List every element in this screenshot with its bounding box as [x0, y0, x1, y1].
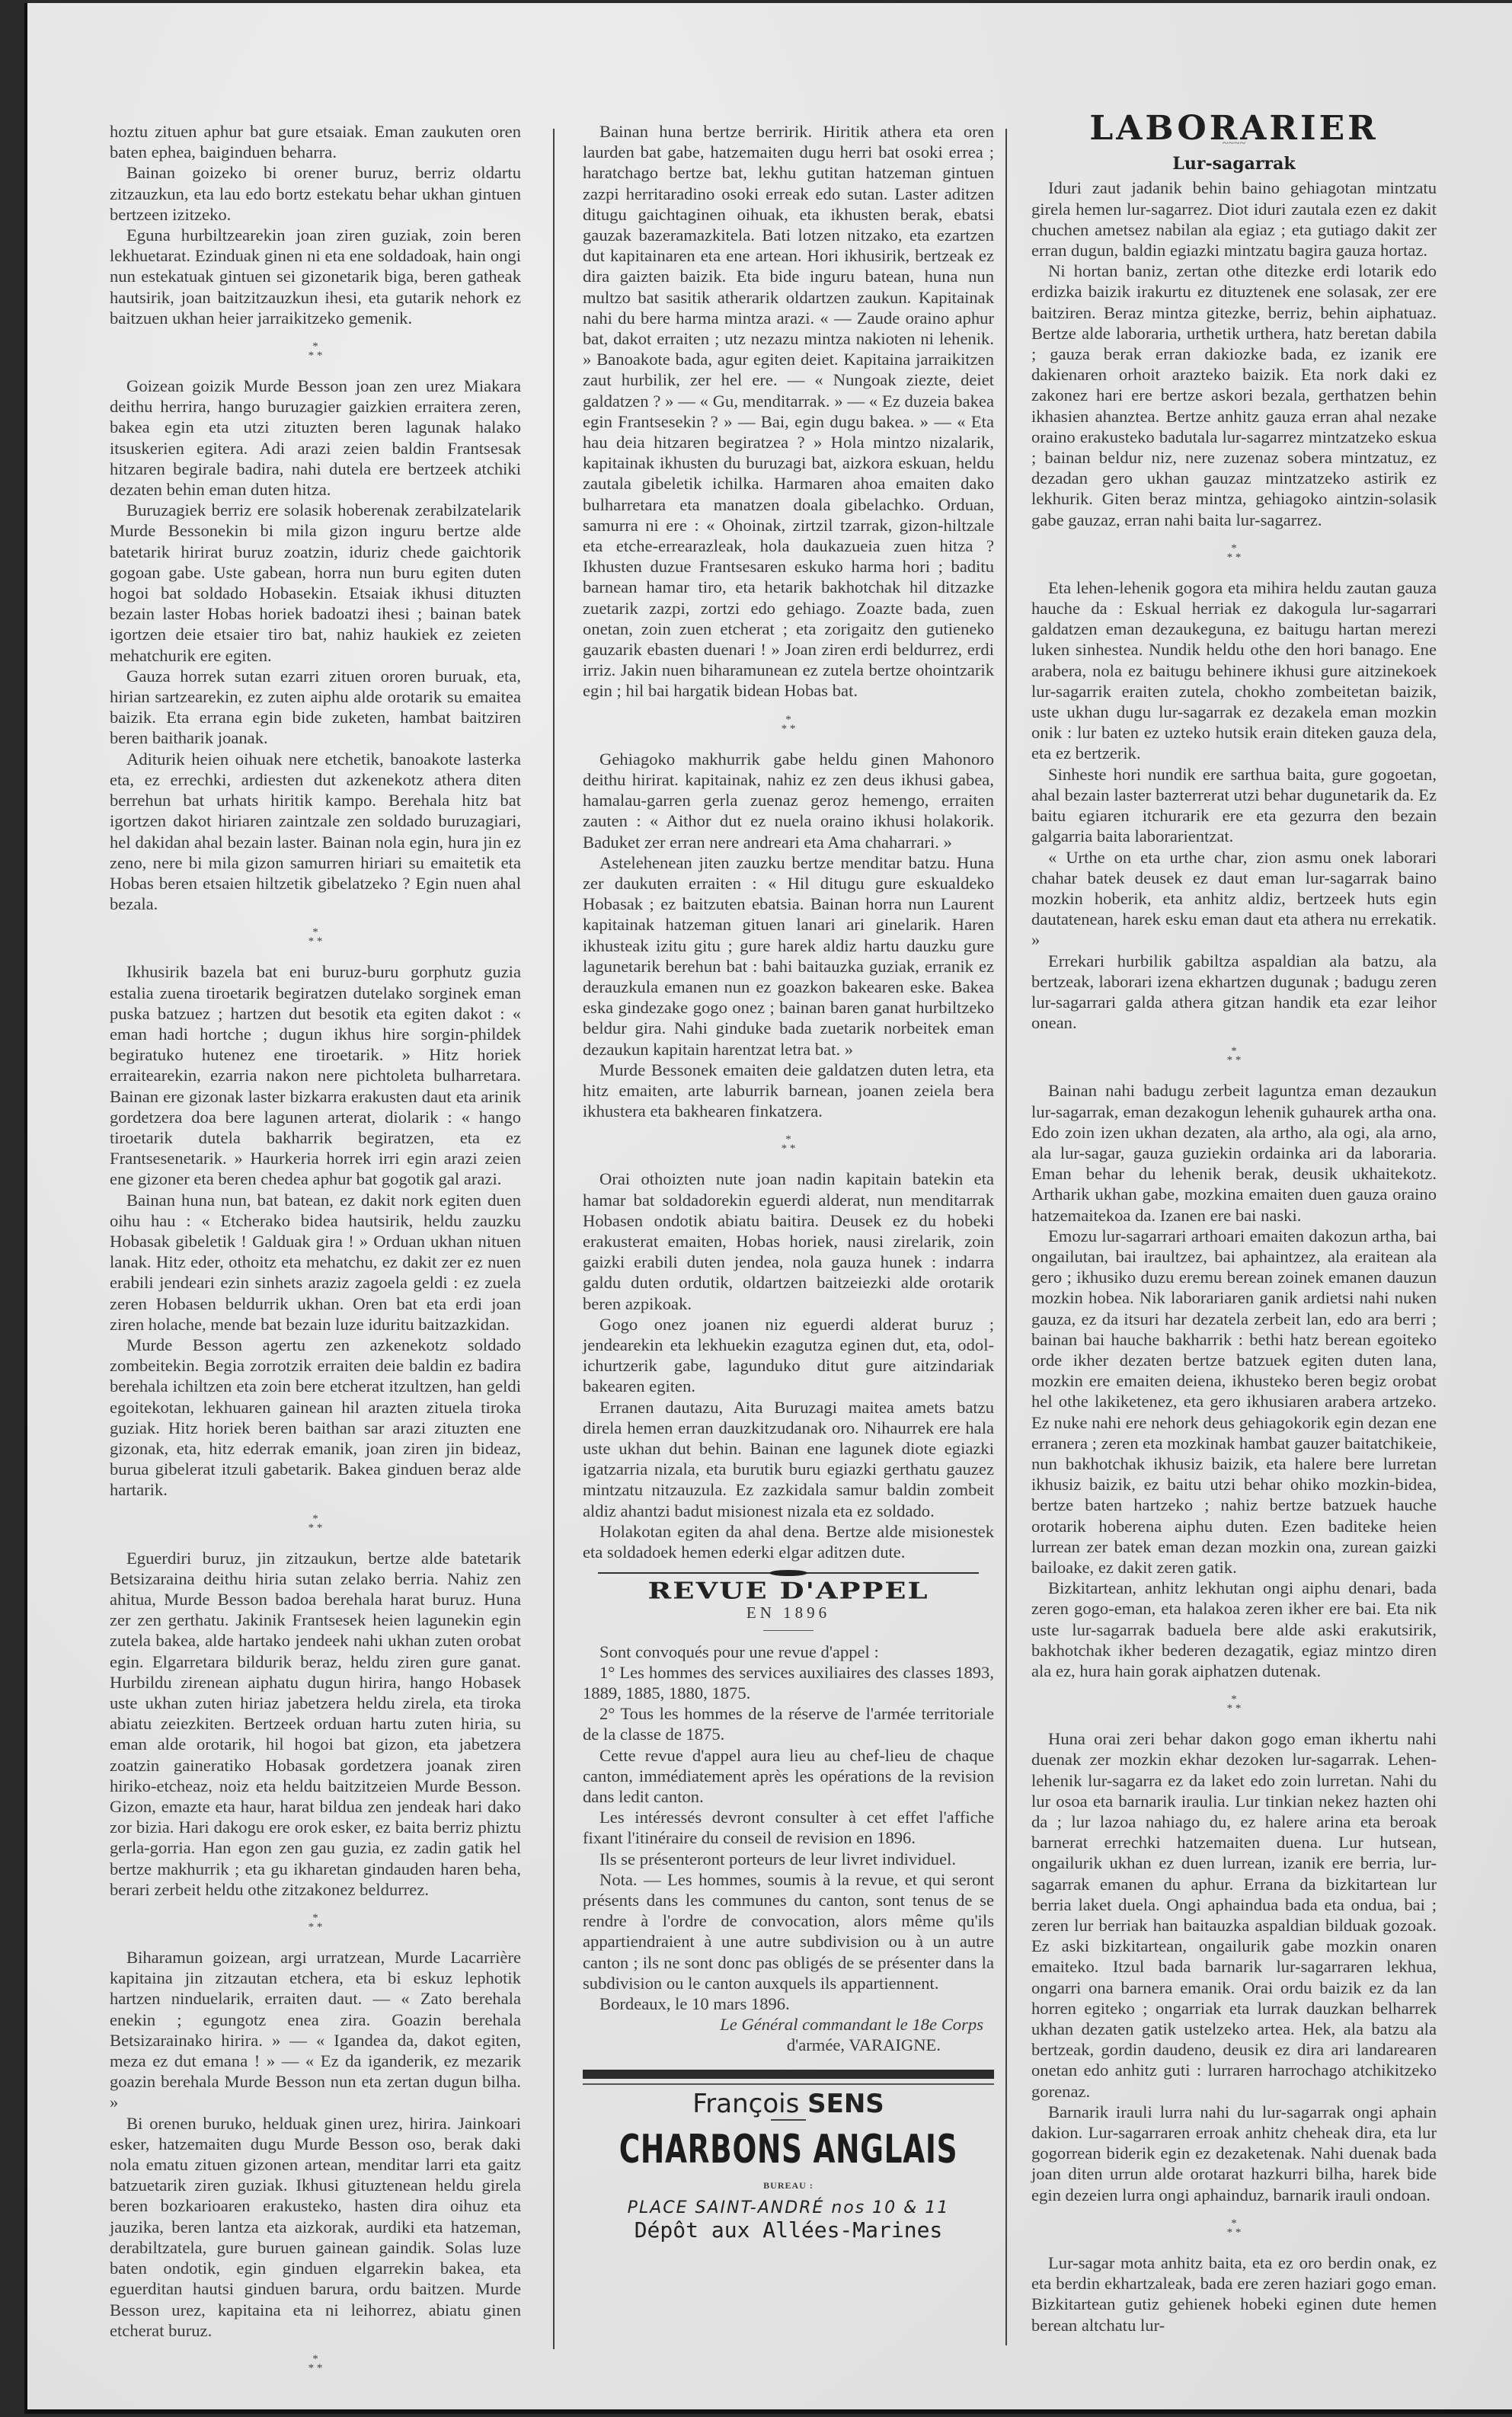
paragraph: « Urthe on eta urthe char, zion asmu one… [1031, 847, 1437, 951]
newspaper-page: hoztu zituen aphur bat gure etsaiak. Ema… [24, 3, 1512, 2414]
section-separator-asterism: ** * [583, 715, 994, 734]
paragraph: Murde Besson agertu zen azkenekotz solda… [110, 1335, 521, 1501]
section-masthead: LABORARIER [1031, 118, 1437, 139]
paragraph: Lur-sagar mota anhitz baita, eta ez oro … [1031, 2252, 1437, 2335]
section-separator-asterism: ** * [1031, 1047, 1437, 1065]
paragraph: Ikhusirik bazela bat eni buruz-buru gorp… [110, 961, 521, 1189]
ad-top-bar [583, 2070, 994, 2079]
ad-address: PLACE SAINT-ANDRÉ nos 10 & 11 [583, 2198, 994, 2218]
paragraph: Holakotan egiten da ahal dena. Bertze al… [583, 1521, 994, 1562]
notice-item: 2° Tous les hommes de la réserve de l'ar… [583, 1703, 994, 1744]
column-2: Bainan huna bertze berririk. Hiritik ath… [583, 121, 994, 2242]
ad-depot: Dépôt aux Allées-Marines [575, 2220, 1002, 2240]
article-section: Biharamun goizean, argi urratzean, Murde… [110, 1947, 521, 2341]
advertisement-coal: François SENS CHARBONS ANGLAIS BUREAU : … [583, 2070, 994, 2241]
paragraph: Barnarik irauli lurra nahi du lur-sagarr… [1031, 2102, 1437, 2205]
article-section: Iduri zaut jadanik behin baino gehiagota… [1031, 177, 1437, 529]
article-section: Huna orai zeri behar dakon gogo eman ikh… [1031, 1728, 1437, 2205]
notice-paragraph: Les intéressés devront consulter à cet e… [583, 1807, 994, 1848]
ad-divider [771, 2119, 806, 2121]
paragraph: Gauza horrek sutan ezarri zituen ororen … [110, 666, 521, 749]
paragraph: Eguerdiri buruz, jin zitzaukun, bertze a… [110, 1548, 521, 1900]
section-separator-asterism: ** * [1031, 1695, 1437, 1713]
article-continuation: hoztu zituen aphur bat gure etsaiak. Ema… [110, 121, 521, 328]
paragraph: Gehiagoko makhurrik gabe heldu ginen Mah… [583, 749, 994, 852]
article-section: Ikhusirik bazela bat eni buruz-buru gorp… [110, 961, 521, 1500]
divider [763, 1630, 814, 1631]
notice-dateline: Bordeaux, le 10 mars 1896. [583, 1993, 994, 2014]
paragraph: Buruzagiek berriz ere solasik hoberenak … [110, 500, 521, 666]
ad-bureau-label: BUREAU : [583, 2176, 994, 2196]
notice-title: REVUE D'APPEL [583, 1583, 994, 1600]
paragraph: Errekari hurbilik gabiltza aspaldian ala… [1031, 951, 1437, 1034]
section-separator-asterism: ** * [110, 342, 521, 360]
paragraph: Bainan huna nun, bat batean, ez dakit no… [110, 1190, 521, 1335]
paragraph: Sinheste hori nundik ere sarthua baita, … [1031, 764, 1437, 847]
column-rule [553, 129, 555, 2349]
paragraph: Huna orai zeri behar dakon gogo eman ikh… [1031, 1728, 1437, 2102]
scan-edge [24, 2409, 1512, 2414]
paragraph: Ni hortan baniz, zertan othe ditezke erd… [1031, 261, 1437, 530]
ornamental-rule [598, 1570, 979, 1576]
paragraph: Iduri zaut jadanik behin baino gehiagota… [1031, 177, 1437, 261]
notice-signature-name: d'armée, VARAIGNE. [583, 2035, 994, 2055]
article-section: Bainan nahi badugu zerbeit laguntza eman… [1031, 1080, 1437, 1681]
column-rule [1005, 129, 1007, 2345]
column-3: LABORARIER ~~~~ Lur-sagarrak Iduri zaut … [1031, 121, 1437, 2335]
column-1: hoztu zituen aphur bat gure etsaiak. Ema… [110, 121, 521, 2388]
paragraph: Astelehenean jiten zauzku bertze mendita… [583, 852, 994, 1060]
paragraph: Bainan nahi badugu zerbeit laguntza eman… [1031, 1080, 1437, 1225]
section-separator-asterism: ** * [110, 2355, 521, 2373]
paragraph: Eta lehen-lehenik gogora eta mihira held… [1031, 577, 1437, 764]
article-section: Bainan huna bertze berririk. Hiritik ath… [583, 121, 994, 702]
revue-appel-notice: REVUE D'APPEL EN 1896 Sont convoqués pou… [583, 1570, 994, 2055]
notice-signature: Le Général commandant le 18e Corps [583, 2014, 994, 2035]
notice-nota: Nota. — Les hommes, soumis à la revue, e… [583, 1869, 994, 1993]
paragraph: Eguna hurbiltzearekin joan ziren guziak,… [110, 225, 521, 328]
section-separator-asterism: ** * [110, 1514, 521, 1533]
article-section: Orai othoizten nute joan nadin kapitain … [583, 1169, 994, 1562]
section-separator-asterism: ** * [110, 1913, 521, 1932]
ad-merchant-name: François SENS [583, 2094, 994, 2115]
paragraph: Murde Bessonek emaiten deie galdatzen du… [583, 1060, 994, 1122]
article-section: Lur-sagar mota anhitz baita, eta ez oro … [1031, 2252, 1437, 2335]
paragraph: Aditurik heien oihuak nere etchetik, ban… [110, 749, 521, 915]
section-separator-asterism: ** * [1031, 2219, 1437, 2237]
section-separator-asterism: ** * [583, 1135, 994, 1153]
paragraph: Orai othoizten nute joan nadin kapitain … [583, 1169, 994, 1313]
article-section: Goizean goizik Murde Besson joan zen ure… [110, 376, 521, 914]
scan-edge [24, 3, 27, 2414]
article-section: Eguerdiri buruz, jin zitzaukun, bertze a… [110, 1548, 521, 1900]
paragraph: Biharamun goizean, argi urratzean, Murde… [110, 1947, 521, 2113]
notice-paragraph: Ils se présenteront porteurs de leur liv… [583, 1849, 994, 1869]
paragraph: hoztu zituen aphur bat gure etsaiak. Ema… [110, 121, 521, 162]
paragraph: Erranen dautazu, Aita Buruzagi maitea am… [583, 1397, 994, 1521]
section-separator-asterism: ** * [110, 928, 521, 946]
notice-intro: Sont convoqués pour une revue d'appel : [583, 1642, 994, 1662]
paragraph: Bi orenen buruko, helduak ginen urez, hi… [110, 2113, 521, 2341]
paragraph: Emozu lur-sagarrari arthoari emaiten dak… [1031, 1226, 1437, 1578]
section-separator-asterism: ** * [1031, 544, 1437, 562]
ad-top-rule [583, 2083, 994, 2085]
article-section: Gehiagoko makhurrik gabe heldu ginen Mah… [583, 749, 994, 1122]
ad-headline: CHARBONS ANGLAIS [596, 2127, 980, 2172]
paragraph: Bainan goizeko bi orener buruz, berriz o… [110, 162, 521, 225]
paragraph: Bizkitartean, anhitz lekhutan ongi aiphu… [1031, 1578, 1437, 1681]
notice-paragraph: Cette revue d'appel aura lieu au chef-li… [583, 1745, 994, 1808]
notice-item: 1° Les hommes des services auxiliaires d… [583, 1662, 994, 1703]
paragraph: Gogo onez joanen niz eguerdi alderat bur… [583, 1314, 994, 1397]
paragraph: Bainan huna bertze berririk. Hiritik ath… [583, 121, 994, 702]
article-title: Lur-sagarrak [1031, 154, 1437, 174]
notice-subtitle: EN 1896 [583, 1603, 994, 1623]
article-section: Eta lehen-lehenik gogora eta mihira held… [1031, 577, 1437, 1033]
paragraph: Goizean goizik Murde Besson joan zen ure… [110, 376, 521, 500]
